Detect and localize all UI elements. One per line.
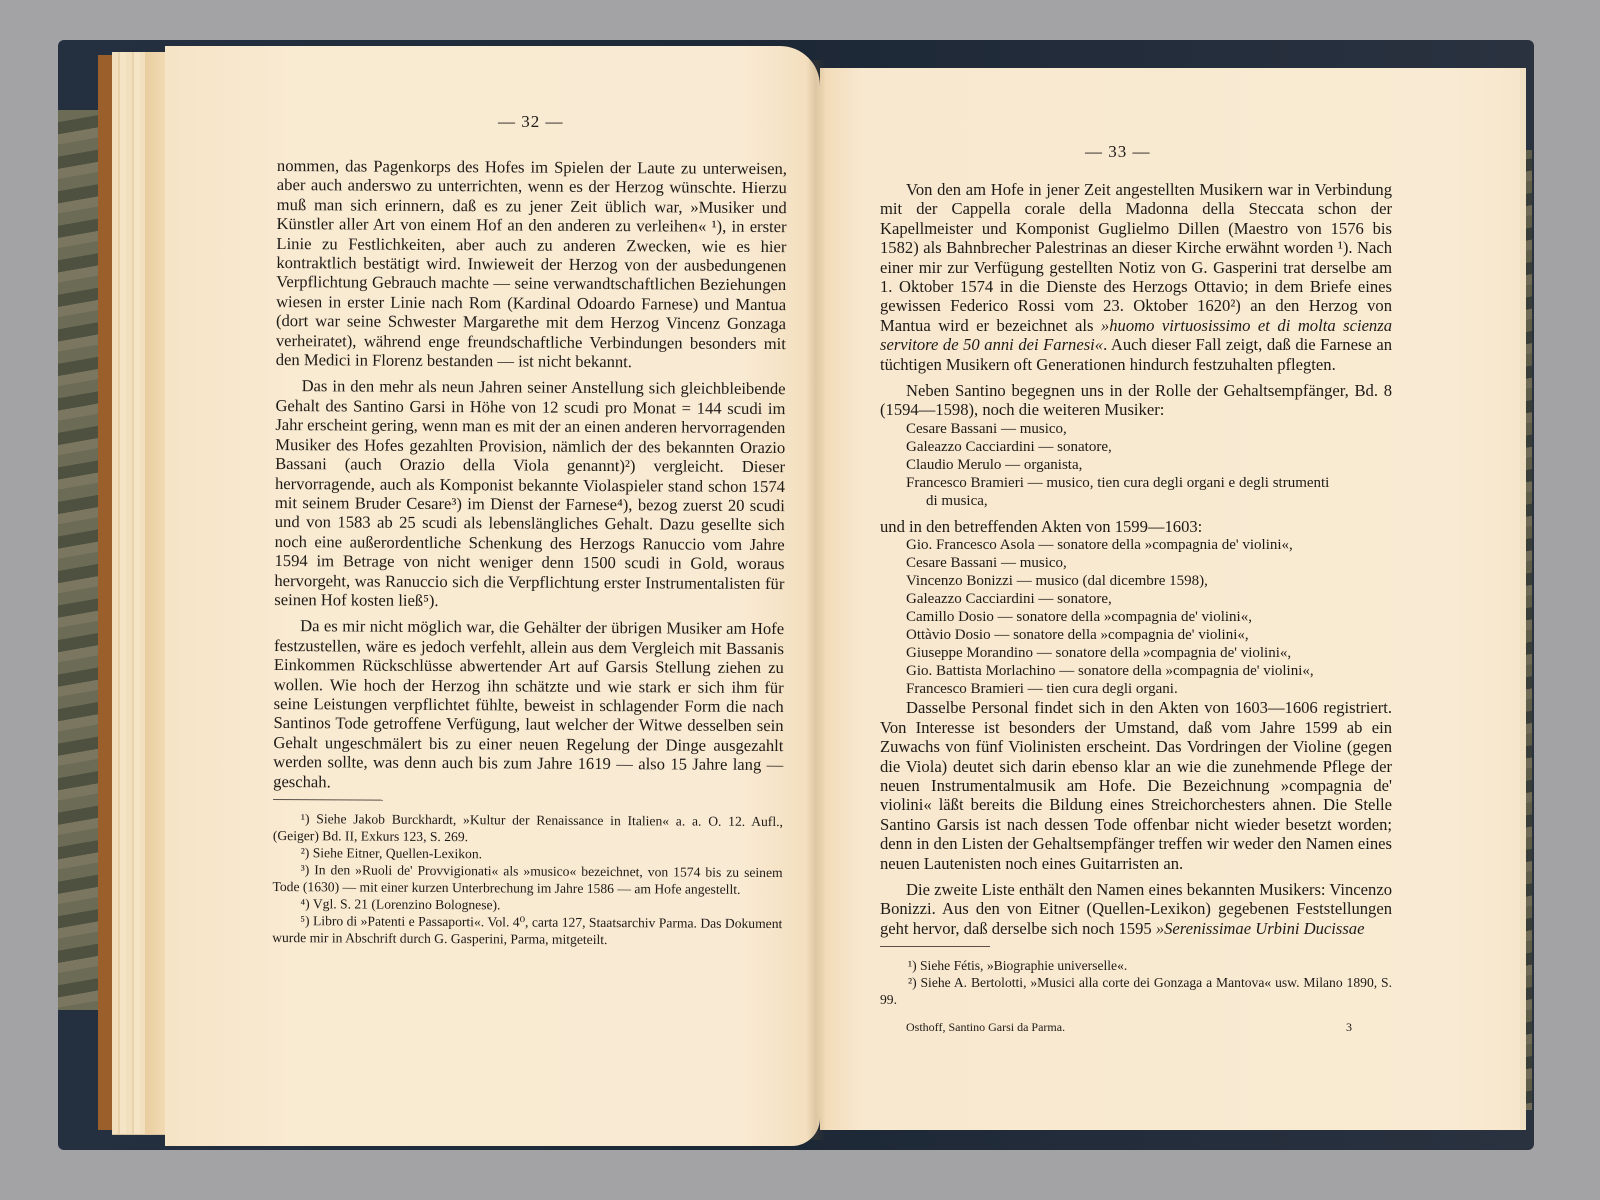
right-paragraph-1: Von den am Hofe in jener Zeit angestellt… <box>880 180 1392 374</box>
list-item: Galeazzo Cacciardini — sonatore, <box>906 590 1392 608</box>
left-paragraph-2: Das in den mehr als neun Jahren seiner A… <box>274 376 785 612</box>
left-paragraph-1: nommen, das Pagenkorps des Hofes im Spie… <box>276 156 787 373</box>
endpaper <box>98 55 112 1130</box>
left-footnotes: ¹) Siehe Jakob Burckhardt, »Kultur der R… <box>272 810 783 949</box>
left-page-body: nommen, das Pagenkorps des Hofes im Spie… <box>272 156 787 949</box>
musician-list-1594-1598: Cesare Bassani — musico, Galeazzo Caccia… <box>880 420 1392 510</box>
list-item: Cesare Bassani — musico, <box>906 420 1392 438</box>
gutter-shadow <box>806 60 826 1140</box>
list-item: Gio. Francesco Asola — sonatore della »c… <box>906 536 1392 554</box>
left-paragraph-3: Da es mir nicht möglich war, die Gehälte… <box>273 616 784 794</box>
signature-mark: 3 <box>1346 1018 1352 1037</box>
footnote-divider-left <box>273 799 383 801</box>
footnote-divider-right <box>880 946 990 947</box>
signature-line: Osthoff, Santino Garsi da Parma. 3 <box>880 1018 1392 1037</box>
footnote-1: ¹) Siehe Jakob Burckhardt, »Kultur der R… <box>273 810 783 847</box>
list-item: Giuseppe Morandino — sonatore della »com… <box>906 644 1392 662</box>
right-page-body: Von den am Hofe in jener Zeit angestellt… <box>880 180 1392 1038</box>
footnote-1: ¹) Siehe Fétis, »Biographie universelle«… <box>880 957 1392 974</box>
page-number-left: — 32 — <box>498 112 564 132</box>
paragraph-text: Von den am Hofe in jener Zeit angestellt… <box>880 180 1392 335</box>
list-item: Gio. Battista Morlachino — sonatore dell… <box>906 662 1392 680</box>
right-paragraph-2: Neben Santino begegnen uns in der Rolle … <box>880 381 1392 420</box>
list-item-continuation: di musica, <box>906 492 1392 510</box>
page-number-right: — 33 — <box>1085 142 1151 162</box>
list-item: Vincenzo Bonizzi — musico (dal dicembre … <box>906 572 1392 590</box>
footnote-3: ³) In den »Ruoli de' Provvigionati« als … <box>272 861 782 898</box>
musician-list-1599-1603: Gio. Francesco Asola — sonatore della »c… <box>880 536 1392 698</box>
page-stack-shadow <box>145 52 165 1134</box>
list-item: Francesco Bramieri — tien cura degli org… <box>906 680 1392 698</box>
right-page: — 33 — Von den am Hofe in jener Zeit ang… <box>820 68 1526 1130</box>
signature-author-title: Osthoff, Santino Garsi da Parma. <box>906 1018 1065 1037</box>
list-item: Claudio Merulo — organista, <box>906 456 1392 474</box>
right-paragraph-4: Dasselbe Personal findet sich in den Akt… <box>880 698 1392 873</box>
list-item: Camillo Dosio — sonatore della »compagni… <box>906 608 1392 626</box>
footnote-2: ²) Siehe A. Bertolotti, »Musici alla cor… <box>880 974 1392 1008</box>
italic-quote: »Serenissimae Urbini Ducissae <box>1156 919 1365 938</box>
right-paragraph-3: und in den betreffenden Akten von 1599—1… <box>880 517 1392 536</box>
list-item: Francesco Bramieri — musico, tien cura d… <box>906 474 1392 492</box>
right-footnotes: ¹) Siehe Fétis, »Biographie universelle«… <box>880 957 1392 1008</box>
cover-marbled-edge-left <box>58 110 98 1010</box>
footnote-5: ⁵) Libro di »Patenti e Passaporti«. Vol.… <box>272 912 782 949</box>
list-item: Ottàvio Dosio — sonatore della »compagni… <box>906 626 1392 644</box>
left-page: — 32 — nommen, das Pagenkorps des Hofes … <box>165 46 820 1146</box>
list-item: Cesare Bassani — musico, <box>906 554 1392 572</box>
list-item: Galeazzo Cacciardini — sonatore, <box>906 438 1392 456</box>
right-paragraph-5: Die zweite Liste enthält den Namen eines… <box>880 880 1392 938</box>
